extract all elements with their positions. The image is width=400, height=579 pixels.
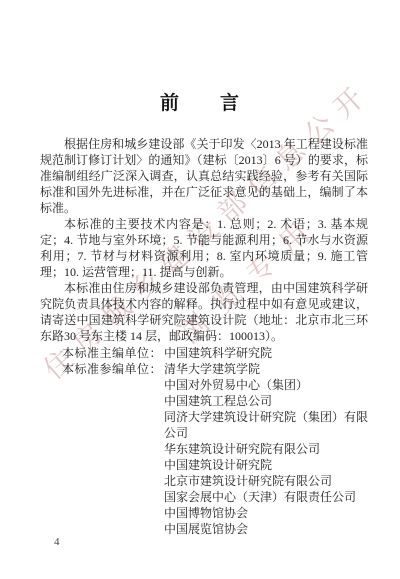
page-number: 4 (54, 536, 60, 548)
credits-section: 本标准主编单位： 中国建筑科学研究院 本标准参编单位： 清华大学建筑学院 中国对… (40, 345, 368, 537)
participating-unit: 中国展览馆协会 (164, 521, 368, 537)
page-content: 前 言 根据住房和城乡建设部《关于印发〈2013 年工程建设标准规范制订修订计划… (0, 0, 400, 579)
participating-unit: 清华大学建筑学院 (164, 361, 368, 377)
chief-editor-row: 本标准主编单位： 中国建筑科学研究院 (62, 345, 368, 361)
participating-unit: 国家会展中心（天津）有限责任公司 (164, 489, 368, 505)
chief-editor-unit: 中国建筑科学研究院 (164, 345, 368, 361)
page-title: 前 言 (0, 88, 400, 115)
participating-units-row: 本标准参编单位： 清华大学建筑学院 中国对外贸易中心（集团） 中国建筑工程总公司… (62, 361, 368, 537)
document-page: 住房城乡建设部信息公开 浏览专用 前 言 根据住房和城乡建设部《关于印发〈201… (0, 0, 400, 579)
paragraph-management-contact: 本标准由住房和城乡建设部负责管理，由中国建筑科学研究院负责具体技术内容的解释。执… (40, 280, 368, 344)
participating-unit: 北京市建筑设计研究院有限公司 (164, 473, 368, 489)
participating-unit: 中国建筑工程总公司 (164, 393, 368, 409)
paragraph-standard-basis: 根据住房和城乡建设部《关于印发〈2013 年工程建设标准规范制订修订计划〉的通知… (40, 136, 368, 216)
participating-unit: 中国对外贸易中心（集团） (164, 377, 368, 393)
participating-unit: 华东建筑设计研究院有限公司 (164, 441, 368, 457)
participating-unit: 同济大学建筑设计研究院（集团）有限公司 (164, 409, 368, 441)
participating-units-list: 清华大学建筑学院 中国对外贸易中心（集团） 中国建筑工程总公司 同济大学建筑设计… (164, 361, 368, 537)
chief-editor-label: 本标准主编单位： (62, 345, 164, 361)
participating-unit: 中国博物馆协会 (164, 505, 368, 521)
paragraph-technical-contents: 本标准的主要技术内容是：1. 总则；2. 术语；3. 基本规定；4. 节地与室外… (40, 216, 368, 280)
foreword-text: 根据住房和城乡建设部《关于印发〈2013 年工程建设标准规范制订修订计划〉的通知… (40, 136, 368, 537)
participating-units-label: 本标准参编单位： (62, 361, 164, 377)
participating-unit: 中国建筑设计研究院 (164, 457, 368, 473)
